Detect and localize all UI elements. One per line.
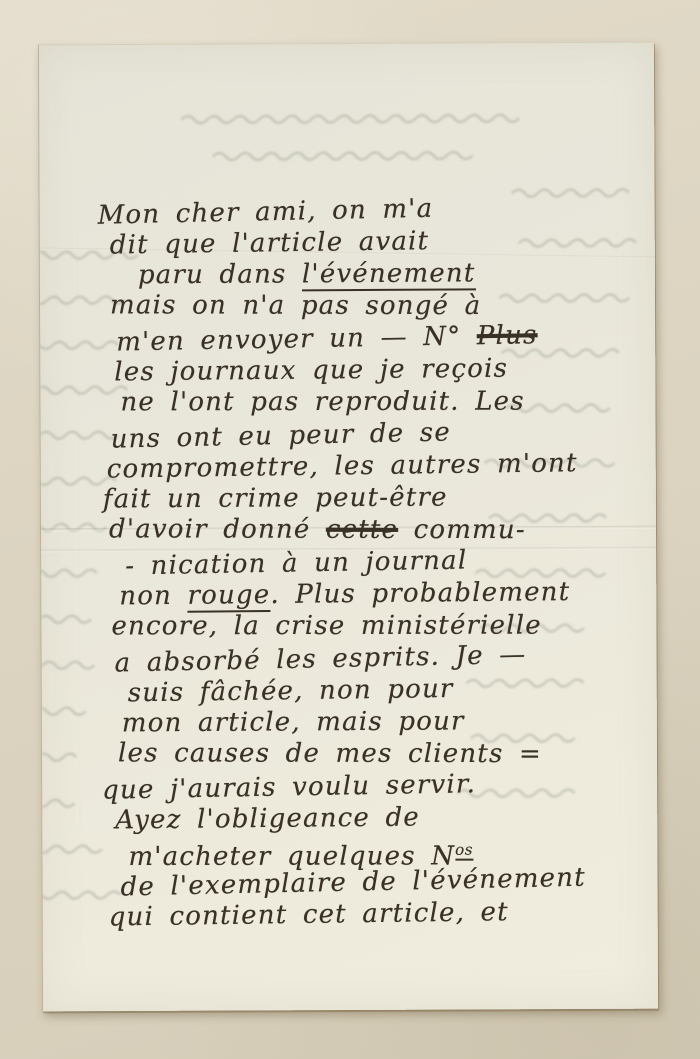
letter-text: m'en envoyer un — N° (116, 321, 477, 357)
letter-line: d'avoir donné cette commu- (109, 513, 656, 546)
letter-text: Ayez l'obligeance de (115, 803, 420, 836)
photograph-of-letter: { "meta": { "document_type": "handwritte… (0, 0, 700, 1059)
ghost-writing-stroke (212, 152, 473, 160)
letter-text: paru dans (138, 259, 302, 290)
letter-text: que j'aurais voulu servir. (102, 769, 476, 805)
letter-text: commu- (398, 515, 526, 545)
letter-line: mais on n'a pas songé à (110, 289, 655, 322)
letter-text: non (119, 581, 188, 612)
letter-text: suis fâchée, non pour (128, 674, 454, 708)
letter-line: non rouge. Plus probablement (119, 575, 656, 612)
letter-line: mon article, mais pour (122, 704, 657, 739)
letter-text: compromettre, les autres m'ont (107, 448, 578, 484)
letter-text: dit que l'article avait (110, 226, 430, 260)
letter-text: mon article, mais pour (122, 706, 465, 738)
letter-text: . Plus probablement (270, 577, 570, 610)
letter-text: mais on n'a pas songé à (110, 290, 481, 321)
letter-text: qui contient cet article, et (109, 897, 509, 932)
letter-line: paru dans l'événement (138, 256, 655, 291)
letter-word-sup-underline: os (455, 841, 473, 861)
letter-line: fait un crime peut-être (103, 480, 656, 515)
letter-line: Ayez l'obligeance de (115, 799, 657, 836)
letter-text: les causes de mes clients = (118, 738, 542, 769)
letter-text: ne l'ont pas reproduit. Les (120, 387, 524, 418)
letter-line: compromettre, les autres m'ont (107, 446, 656, 485)
letter-line: les journaux que je reçois (114, 351, 655, 388)
letter-text: les journaux que je reçois (114, 354, 508, 388)
letter-line: les causes de mes clients = (118, 737, 657, 770)
letter-text: fait un crime peut-être (103, 482, 448, 514)
ghost-writing-stroke (181, 115, 520, 123)
letter-sheet: Mon cher ami, on m'adit que l'article av… (38, 42, 658, 1012)
letter-text: d'avoir donné (109, 514, 326, 544)
letter-text: - nication à un journal (125, 545, 468, 581)
letter-word-underline: rouge (187, 580, 270, 613)
letter-line: suis fâchée, non pour (128, 670, 657, 709)
letter-line: dit que l'article avait (110, 222, 655, 261)
letter-body: Mon cher ami, on m'adit que l'article av… (40, 193, 658, 932)
letter-text: encore, la crise ministérielle (111, 611, 541, 642)
letter-word-underline: l'événement (302, 258, 476, 291)
letter-line: qui contient cet article, et (109, 894, 658, 933)
letter-word-strike: Plus (477, 320, 538, 351)
letter-word-strike: cette (326, 515, 398, 545)
